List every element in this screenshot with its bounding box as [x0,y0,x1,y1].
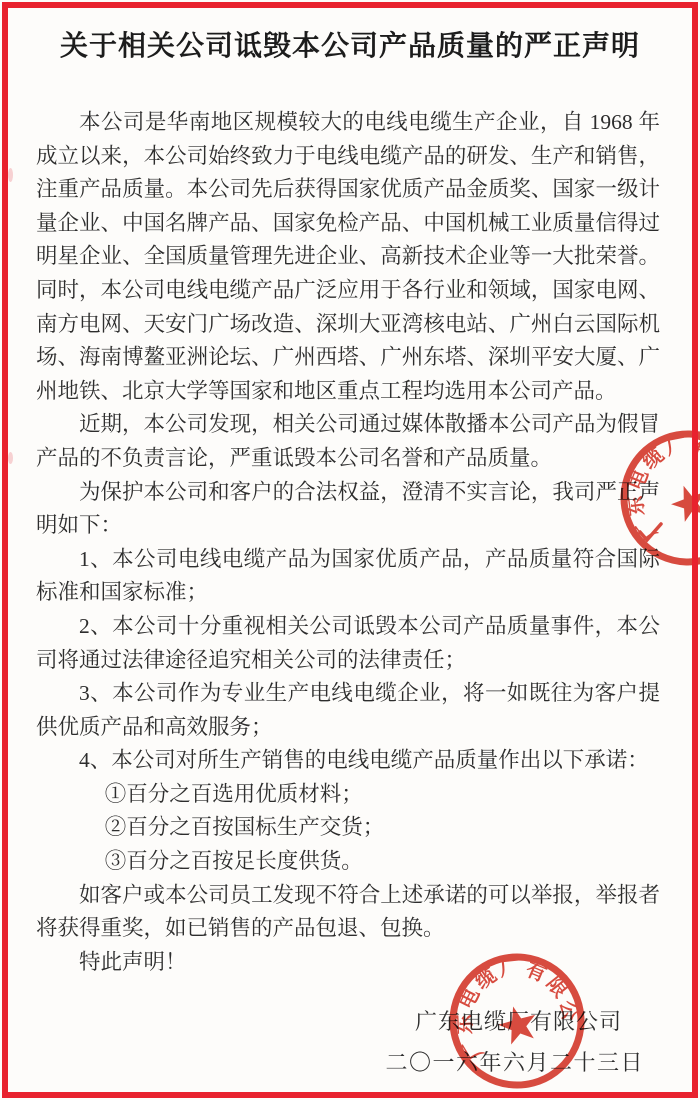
promise-item-3: ③百分之百按足长度供货。 [36,845,660,879]
document-body: 本公司是华南地区规模较大的电线电缆生产企业，自 1968 年成立以来，本公司始终… [0,106,700,979]
paragraph-incident: 近期，本公司发现，相关公司通过媒体散播本公司产品为假冒产品的不负责言论，严重诋毁… [36,408,660,475]
paragraph-reward: 如客户或本公司员工发现不符合上述承诺的可以举报，举报者将获得重奖，如已销售的产品… [36,879,660,946]
promise-item-2: ②百分之百按国标生产交货； [36,811,660,845]
statement-item-2: 2、本公司十分重视相关公司诋毁本公司产品质量事件，本公司将通过法律途径追究相关公… [36,610,660,677]
scanned-statement-page: 关于相关公司诋毁本公司产品质量的严正声明 本公司是华南地区规模较大的电线电缆生产… [0,0,700,1100]
signature-date: 二〇一六年六月二十三日 [0,1046,700,1077]
statement-item-4: 4、本公司对所生产销售的电线电缆产品质量作出以下承诺： [36,744,660,778]
signature-company: 广东电缆厂有限公司 [0,1005,700,1036]
paragraph-declaration: 为保护本公司和客户的合法权益，澄清不实言论，我司严正声明如下： [36,476,660,543]
signature-block: 广东电缆厂有限公司 二〇一六年六月二十三日 [0,1005,700,1077]
document-title: 关于相关公司诋毁本公司产品质量的严正声明 [0,24,700,64]
paragraph-hereby: 特此声明！ [36,946,660,980]
document-content: 关于相关公司诋毁本公司产品质量的严正声明 本公司是华南地区规模较大的电线电缆生产… [0,0,700,1100]
statement-item-3: 3、本公司作为专业生产电线电缆企业，将一如既往为客户提供优质产品和高效服务； [36,677,660,744]
paragraph-intro: 本公司是华南地区规模较大的电线电缆生产企业，自 1968 年成立以来，本公司始终… [36,106,660,408]
statement-item-1: 1、本公司电线电缆产品为国家优质产品，产品质量符合国际标准和国家标准； [36,543,660,610]
promise-item-1: ①百分之百选用优质材料； [36,778,660,812]
